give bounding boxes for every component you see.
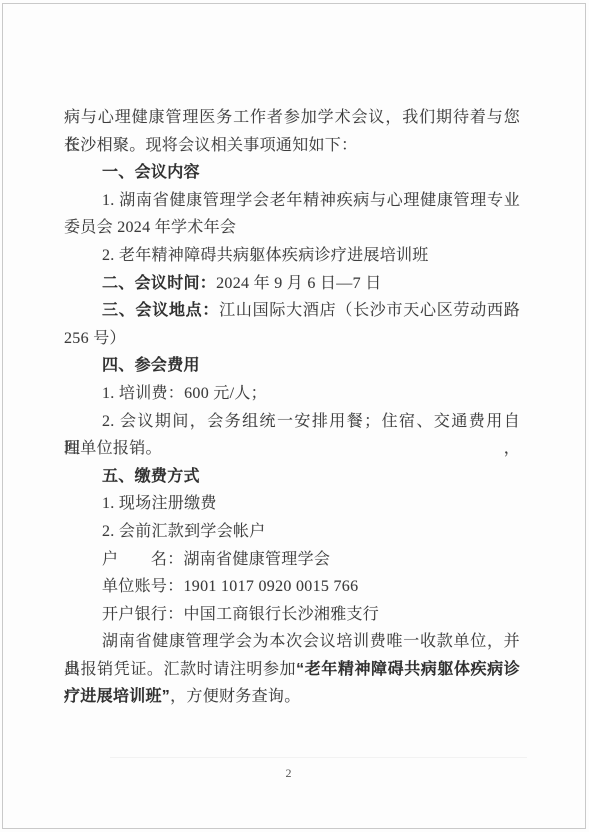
page-number: 2	[0, 766, 577, 781]
text-segment: 2. 老年精神障碍共病躯体疾病诊疗进展培训班	[102, 247, 429, 264]
heading-segment: 疗进展培训班”	[64, 688, 170, 705]
text-line: 单位账号：1901 1017 0920 0015 766	[64, 573, 520, 601]
text-segment: 2024 年 9 月 6 日—7 日	[216, 275, 381, 292]
text-line: 1. 现场注册缴费	[64, 490, 520, 518]
text-segment: 回单位报销。	[64, 440, 162, 457]
text-line: 一、会议内容	[64, 159, 520, 187]
text-line: 病与心理健康管理医务工作者参加学术会议，我们期待着与您在	[64, 104, 520, 132]
text-segment: ，方便财务查询。	[170, 688, 300, 705]
text-segment: 开户银行：中国工商银行长沙湘雅支行	[102, 606, 379, 623]
heading-segment: 四、参会费用	[102, 357, 200, 374]
text-line: 2. 老年精神障碍共病躯体疾病诊疗进展培训班	[64, 242, 520, 270]
text-line: 1. 湖南省健康管理学会老年精神疾病与心理健康管理专业	[64, 187, 520, 215]
heading-segment: 一、会议内容	[102, 164, 200, 181]
text-line: 1. 培训费：600 元/人；	[64, 380, 520, 408]
text-line: 委员会 2024 年学术年会	[64, 214, 520, 242]
text-line: 三、会议地点：江山国际大酒店（长沙市天心区劳动西路	[64, 297, 520, 325]
text-line: 户 名：湖南省健康管理学会	[64, 546, 520, 574]
text-line: 疗进展培训班”，方便财务查询。	[64, 683, 520, 711]
text-line: 二、会议时间：2024 年 9 月 6 日—7 日	[64, 270, 520, 298]
text-line: 湖南省健康管理学会为本次会议培训费唯一收款单位，并出	[64, 628, 520, 656]
text-line: 256 号）	[64, 325, 520, 353]
document-body: 病与心理健康管理医务工作者参加学术会议，我们期待着与您在长沙相聚。现将会议相关事…	[64, 104, 520, 711]
text-line: 五、缴费方式	[64, 463, 520, 491]
text-segment: 江山国际大酒店（长沙市天心区劳动西路	[219, 302, 520, 319]
text-segment: 1. 湖南省健康管理学会老年精神疾病与心理健康管理专业	[102, 192, 520, 209]
text-segment: 长沙相聚。现将会议相关事项通知如下：	[64, 137, 357, 154]
text-segment: 2. 会前汇款到学会帐户	[102, 523, 266, 540]
text-line: 四、参会费用	[64, 352, 520, 380]
text-segment: 具报销凭证。汇款时请注明参加	[64, 661, 296, 678]
text-segment: 委员会 2024 年学术年会	[64, 219, 236, 236]
text-line: 长沙相聚。现将会议相关事项通知如下：	[64, 132, 520, 160]
scan-artifact-line	[110, 757, 527, 758]
heading-segment: “老年精神障碍共病躯体疾病诊	[296, 661, 520, 678]
heading-segment: 二、会议时间：	[102, 275, 216, 292]
text-segment: 1. 培训费：600 元/人；	[102, 385, 267, 402]
text-segment: 256 号）	[64, 330, 126, 347]
text-segment: 户 名：湖南省健康管理学会	[102, 551, 330, 568]
text-line: 2. 会前汇款到学会帐户	[64, 518, 520, 546]
heading-segment: 五、缴费方式	[102, 468, 200, 485]
text-segment: 1. 现场注册缴费	[102, 495, 217, 512]
heading-segment: 三、会议地点：	[102, 302, 219, 319]
text-line: 具报销凭证。汇款时请注明参加“老年精神障碍共病躯体疾病诊	[64, 656, 520, 684]
text-segment: 单位账号：1901 1017 0920 0015 766	[102, 578, 358, 595]
text-line: 开户银行：中国工商银行长沙湘雅支行	[64, 601, 520, 629]
scanned-document-page: 病与心理健康管理医务工作者参加学术会议，我们期待着与您在长沙相聚。现将会议相关事…	[0, 0, 589, 832]
text-line: 2. 会议期间，会务组统一安排用餐；住宿、交通费用自理，	[64, 408, 520, 436]
